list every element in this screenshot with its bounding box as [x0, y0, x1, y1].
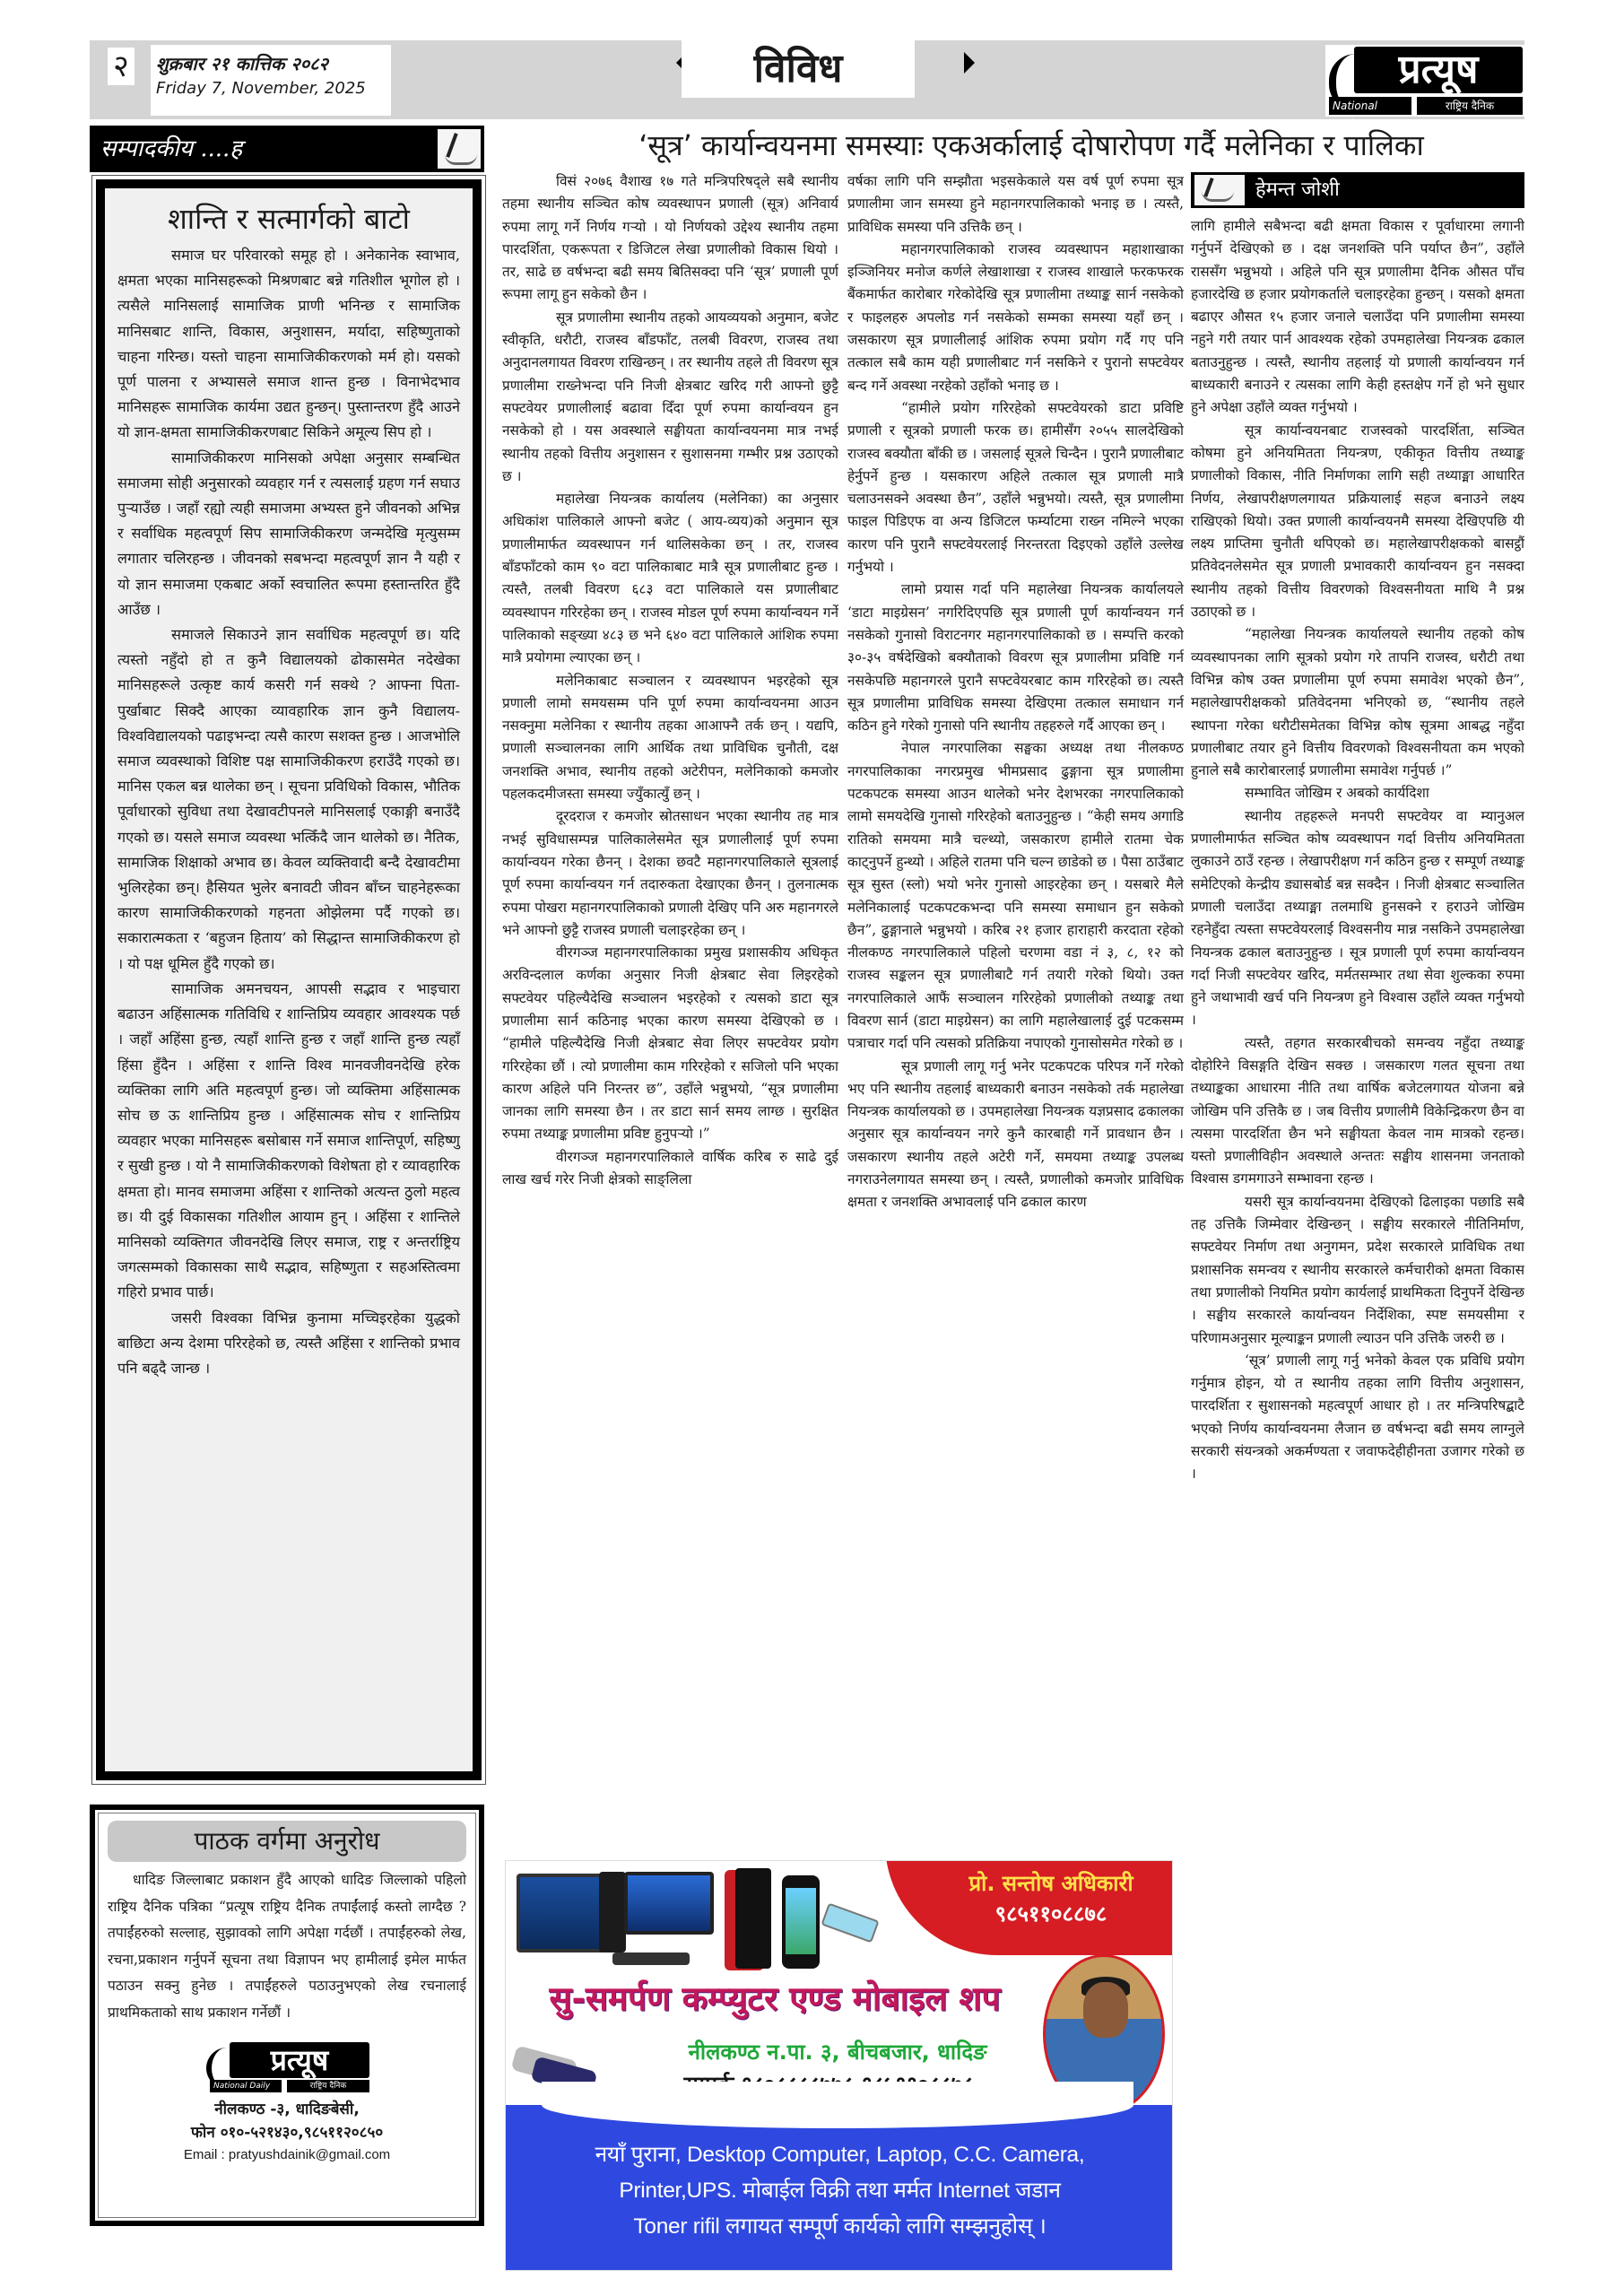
editorial-title: शान्ति र सत्मार्गको बाटो [117, 199, 460, 238]
editorial-paragraph: सामाजिक अमनचयन, आपसी सद्भाव र भाइचारा बढ… [117, 977, 460, 1306]
arrow-right-icon [964, 52, 975, 74]
article-paragraph: सूत्र कार्यान्वयनबाट राजस्वको पारदर्शिता… [1191, 420, 1524, 624]
article-paragraph: वीरगञ्ज महानगरपालिकाका प्रमुख प्रशासकीय … [502, 942, 838, 1146]
article-paragraph: दूरदराज र कमजोर स्रोतसाधन भएका स्थानीय त… [502, 805, 838, 942]
article-paragraph: लागि हामीले सबैभन्दा बढी क्षमता विकास र … [1191, 215, 1524, 420]
article-paragraph: त्यस्तै, तहगत सरकारबीचको समन्वय नहुँदा त… [1191, 1032, 1524, 1191]
article-paragraph: स्थानीय तहहरूले मनपरी सफ्टवेयर वा म्यानु… [1191, 805, 1524, 1032]
article-subheading: सम्भावित जोखिम र अबको कार्यदिशा [1191, 782, 1524, 804]
article-paragraph: नेपाल नगरपालिका सङ्घका अध्यक्ष तथा नीलकण… [847, 737, 1184, 1055]
shop-advertisement[interactable]: प्रो. सन्तोष अधिकारी ९८५११०८८७८ सु-समर्प… [505, 1860, 1173, 2271]
article-column-3: लागि हामीले सबैभन्दा बढी क्षमता विकास र … [1191, 215, 1524, 2269]
article-paragraph: “महालेखा नियन्त्रक कार्यालयले स्थानीय तह… [1191, 623, 1524, 782]
author-byline: हेमन्त जोशी [1191, 172, 1524, 208]
reader-request-box: पाठक वर्गमा अनुरोध धादिङ जिल्लाबाट प्रका… [90, 1805, 484, 2226]
date-box: शुक्रबार २१ कात्तिक २०८२ Friday 7, Novem… [151, 45, 391, 116]
service-line: Toner rifil लगायत सम्पूर्ण कार्यको लागि … [506, 2209, 1173, 2245]
article-paragraph: सूत्र प्रणालीमा स्थानीय तहको आयव्ययको अन… [502, 307, 838, 488]
keyboard-icon [612, 1952, 690, 1965]
owner-banner: प्रो. सन्तोष अधिकारी ९८५११०८८७८ [885, 1860, 1173, 1955]
section-title-box: विविध [682, 40, 915, 98]
masthead: २ शुक्रबार २१ कात्तिक २०८२ Friday 7, Nov… [90, 40, 1524, 119]
editorial-label: सम्पादकीय ....ह [100, 126, 242, 172]
article-headline: ‘सूत्र’ कार्यान्वयनमा समस्याः एकअर्कालाई… [502, 127, 1560, 163]
article-paragraph: ‘सूत्र’ प्रणाली लागू गर्नु भनेको केवल एक… [1191, 1350, 1524, 1486]
logo-name: प्रत्यूष [1354, 47, 1523, 93]
logo-tagline-en: National Daily [1329, 97, 1411, 115]
monitor-icon [624, 1872, 714, 1935]
author-name: हेमन्त जोशी [1255, 172, 1340, 208]
date-english: Friday 7, November, 2025 [156, 77, 386, 100]
editorial-body: समाज घर परिवारको समूह हो । अनेकानेक स्वा… [117, 243, 460, 1381]
section-title: विविध [754, 46, 843, 91]
service-line: नयाँ पुराना, Desktop Computer, Laptop, C… [506, 2137, 1173, 2173]
reader-request-title: पाठक वर्गमा अनुरोध [108, 1821, 466, 1862]
article-paragraph: सूत्र प्रणाली लागू गर्नु भनेर पटकपटक परि… [847, 1056, 1184, 1214]
owner-name: प्रो. सन्तोष अधिकारी [921, 1868, 1173, 1899]
smartphone-icon [782, 1875, 820, 1969]
logo-tagline-np: राष्ट्रिय दैनिक [1417, 97, 1523, 115]
article-paragraph: मलेनिकाबाट सञ्चालन र व्यवस्थापन भइरहेको … [502, 670, 838, 806]
shop-name: सु-समर्पण कम्प्युटर एण्ड मोबाइल शप [506, 1976, 1044, 2022]
editorial-paragraph: सामाजिकीकरण मानिसको अपेक्षा अनुसार सम्बन… [117, 446, 460, 622]
devices-image [509, 1866, 850, 1974]
reader-request-body: धादिङ जिल्लाबाट प्रकाशन हुँदै आएको धादिङ… [108, 1867, 466, 2026]
services-list: नयाँ पुराना, Desktop Computer, Laptop, C… [506, 2134, 1173, 2271]
service-line: Printer,UPS. मोबाईल विक्री तथा मर्मत Int… [506, 2173, 1173, 2209]
article-paragraph: वर्षका लागि पनि सम्झौता भइसकेकाले यस वर्… [847, 170, 1184, 239]
editorial-box: शान्ति र सत्मार्गको बाटो समाज घर परिवारक… [91, 175, 486, 1785]
shop-address: नीलकण्ठ न.पा. ३, बीचबजार, धादिङ [640, 2037, 1035, 2067]
editorial-paragraph: जसरी विश्वका विभिन्न कुनामा मच्चिइरहेका … [117, 1306, 460, 1382]
reader-email[interactable]: Email : pratyushdainik@gmail.com [108, 2144, 466, 2166]
reader-logo: प्रत्यूष National Daily राष्ट्रिय दैनिक [204, 2042, 369, 2094]
article-paragraph: यसरी सूत्र कार्यान्वयनमा देखिएको ढिलाइका… [1191, 1191, 1524, 1350]
newspaper-logo: प्रत्यूष National Daily राष्ट्रिय दैनिक [1325, 45, 1524, 117]
article-column-2: वर्षका लागि पनि सम्झौता भइसकेकाले यस वर्… [847, 170, 1184, 1870]
article-paragraph: लामो प्रयास गर्दा पनि महालेखा नियन्त्रक … [847, 578, 1184, 737]
reader-address: नीलकण्ठ -३, धादिङबेसी, [108, 2098, 466, 2121]
editorial-header: सम्पादकीय ....ह [90, 126, 484, 172]
article-paragraph: विसं २०७६ वैशाख १७ गते मन्त्रिपरिषद्ले स… [502, 170, 838, 307]
logo-tagline-np: राष्ट्रिय दैनिक [287, 2080, 369, 2092]
desktop-tower-icon [599, 1872, 626, 1952]
page-number: २ [108, 48, 135, 85]
owner-phone: ९८५११०८८७८ [921, 1899, 1173, 1929]
article-paragraph: महालेखा नियन्त्रक कार्यालय (मलेनिका) का … [502, 488, 838, 669]
editorial-paragraph: समाज घर परिवारको समूह हो । अनेकानेक स्वा… [117, 243, 460, 446]
logo-name: प्रत्यूष [230, 2042, 369, 2078]
pen-icon [1194, 175, 1245, 205]
pen-icon [438, 129, 481, 169]
article-column-1: विसं २०७६ वैशाख १७ गते मन्त्रिपरिषद्ले स… [502, 170, 838, 1870]
reader-phone: फोन ०१०-५२१४३०,९८५११२०८५० [108, 2121, 466, 2144]
article-paragraph: महानगरपालिकाको राजस्व व्यवस्थापन महाशाखा… [847, 239, 1184, 397]
date-nepali: शुक्रबार २१ कात्तिक २०८२ [156, 50, 386, 77]
article-paragraph: “हामीले प्रयोग गरिरहेको सफ्टवेयरको डाटा … [847, 397, 1184, 578]
editorial-paragraph: समाजले सिकाउने ज्ञान सर्वाधिक महत्वपूर्ण… [117, 622, 460, 977]
article-paragraph: वीरगञ्ज महानगरपालिकाले वार्षिक करिब रु स… [502, 1146, 838, 1192]
phone-icon [735, 1868, 771, 1969]
usb-drive-icon [821, 1903, 879, 1944]
logo-tagline-en: National Daily [210, 2080, 282, 2092]
